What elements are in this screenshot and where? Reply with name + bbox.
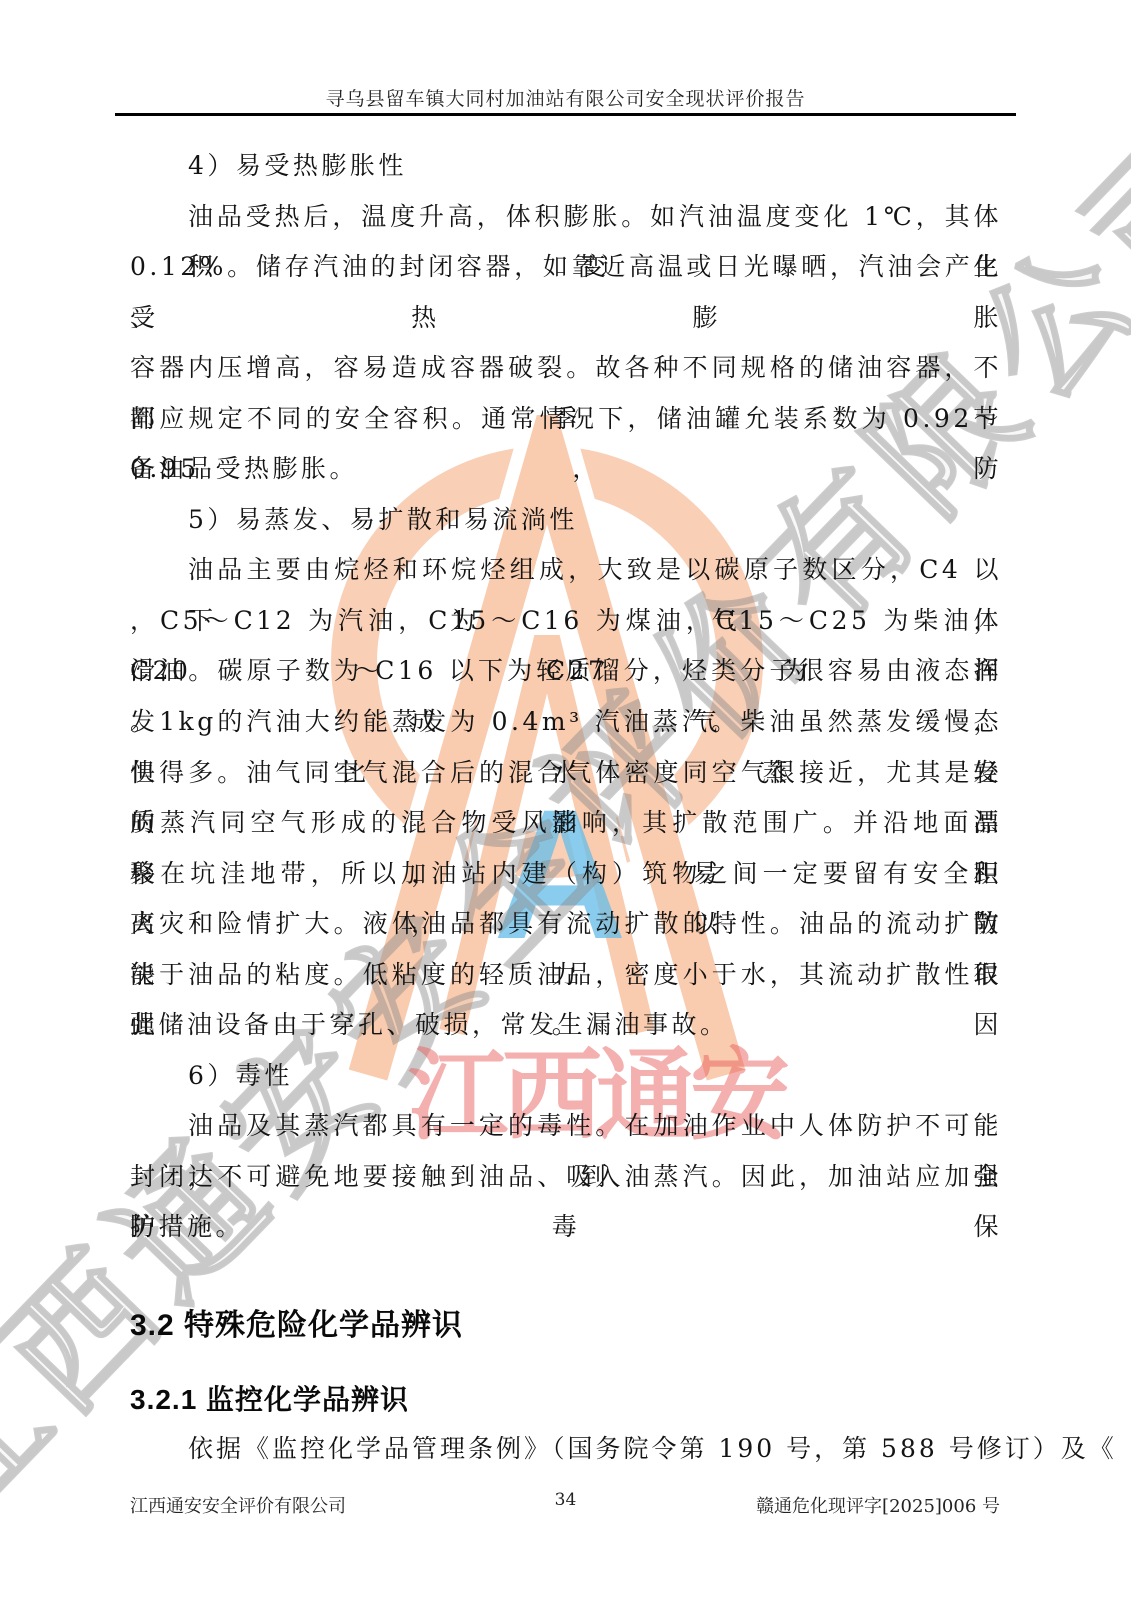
section-heading-3-2-1: 3.2.1 监控化学品辨识 [130,1378,409,1418]
report-page: A 江西通安安全评价有限公司 江西通安 寻乌县留车镇大同村加油站有限公司安全现状… [0,0,1131,1600]
body-line: 决于油品的粘度。低粘度的轻质油品，密度小于水，其流动扩散性很强。因 [130,950,1002,1001]
body-line: 快得多。油气同空气混合后的混合气体密度同空气很接近，尤其是轻质油品 [130,748,1002,799]
body-line: 。1kg的汽油大约能蒸发为 0.4m³ 汽油蒸汽。柴油虽然蒸发缓慢，但比水蒸发 [130,697,1002,748]
footer-document-number: 赣通危化现评字[2025]006 号 [756,1492,1000,1518]
body-line: 聚在坑洼地带，所以加油站内建（构）筑物之间一定要留有安全距离，以防 [130,849,1002,900]
body-line: 火灾和险情扩大。液体油品都具有流动扩散的特性。油品的流动扩散能力取 [130,899,1002,950]
body-line: 油品主要由烷烃和环烷烃组成，大致是以碳原子数区分，C4 以下为气体 [130,545,1002,596]
body-line: 0.12%。储存汽油的封闭容器，如靠近高温或日光曝晒，汽油会产生受热膨胀 [130,242,1002,293]
section-intro-line: 依据《监控化学品管理条例》（国务院令第 190 号，第 588 号修订）及《 [130,1424,1010,1474]
body-line: 封闭，不可避免地要接触到油品、吸入油蒸汽。因此，加油站应加强防毒保 [130,1152,1002,1203]
body-line: ，C5～C12 为汽油，C15～C16 为煤油，C15～C25 为柴油，C20～… [130,596,1002,647]
footer-company-name: 江西通安安全评价有限公司 [130,1492,346,1518]
body-line: 的蒸汽同空气形成的混合物受风影响，其扩散范围广。并沿地面漂移，易积 [130,798,1002,849]
body-line: 油品及其蒸汽都具有一定的毒性。在加油作业中人体防护不可能达到全 [130,1101,1002,1152]
body-line: 都应规定不同的安全容积。通常情况下，储油罐允装系数为 0.92～0.95，防 [130,394,1002,445]
page-header-title: 寻乌县留车镇大同村加油站有限公司安全现状评价报告 [0,84,1131,111]
body-line: 6）毒性 [130,1051,1002,1102]
section-heading-3-2: 3.2 特殊危险化学品辨识 [130,1300,463,1344]
body-line: 滑油。碳原子数为 C16 以下为轻质馏分，烃类分子很容易由液态挥发成气态 [130,646,1002,697]
section-intro-text: 依据《监控化学品管理条例》（国务院令第 190 号，第 588 号修订）及《 [188,1434,1117,1463]
body-line: 5）易蒸发、易扩散和易流淌性 [130,495,1002,546]
body-line: 油品受热后，温度升高，体积膨胀。如汽油温度变化 1℃，其体积变化 [130,192,1002,243]
footer-page-number: 34 [555,1490,577,1510]
header-divider [115,113,1016,116]
body-line: 4）易受热膨胀性 [130,141,1002,192]
body-text: 4）易受热膨胀性油品受热后，温度升高，体积膨胀。如汽油温度变化 1℃，其体积变化… [130,141,1002,1253]
body-line: 容器内压增高，容易造成容器破裂。故各种不同规格的储油容器，不同季节 [130,343,1002,394]
